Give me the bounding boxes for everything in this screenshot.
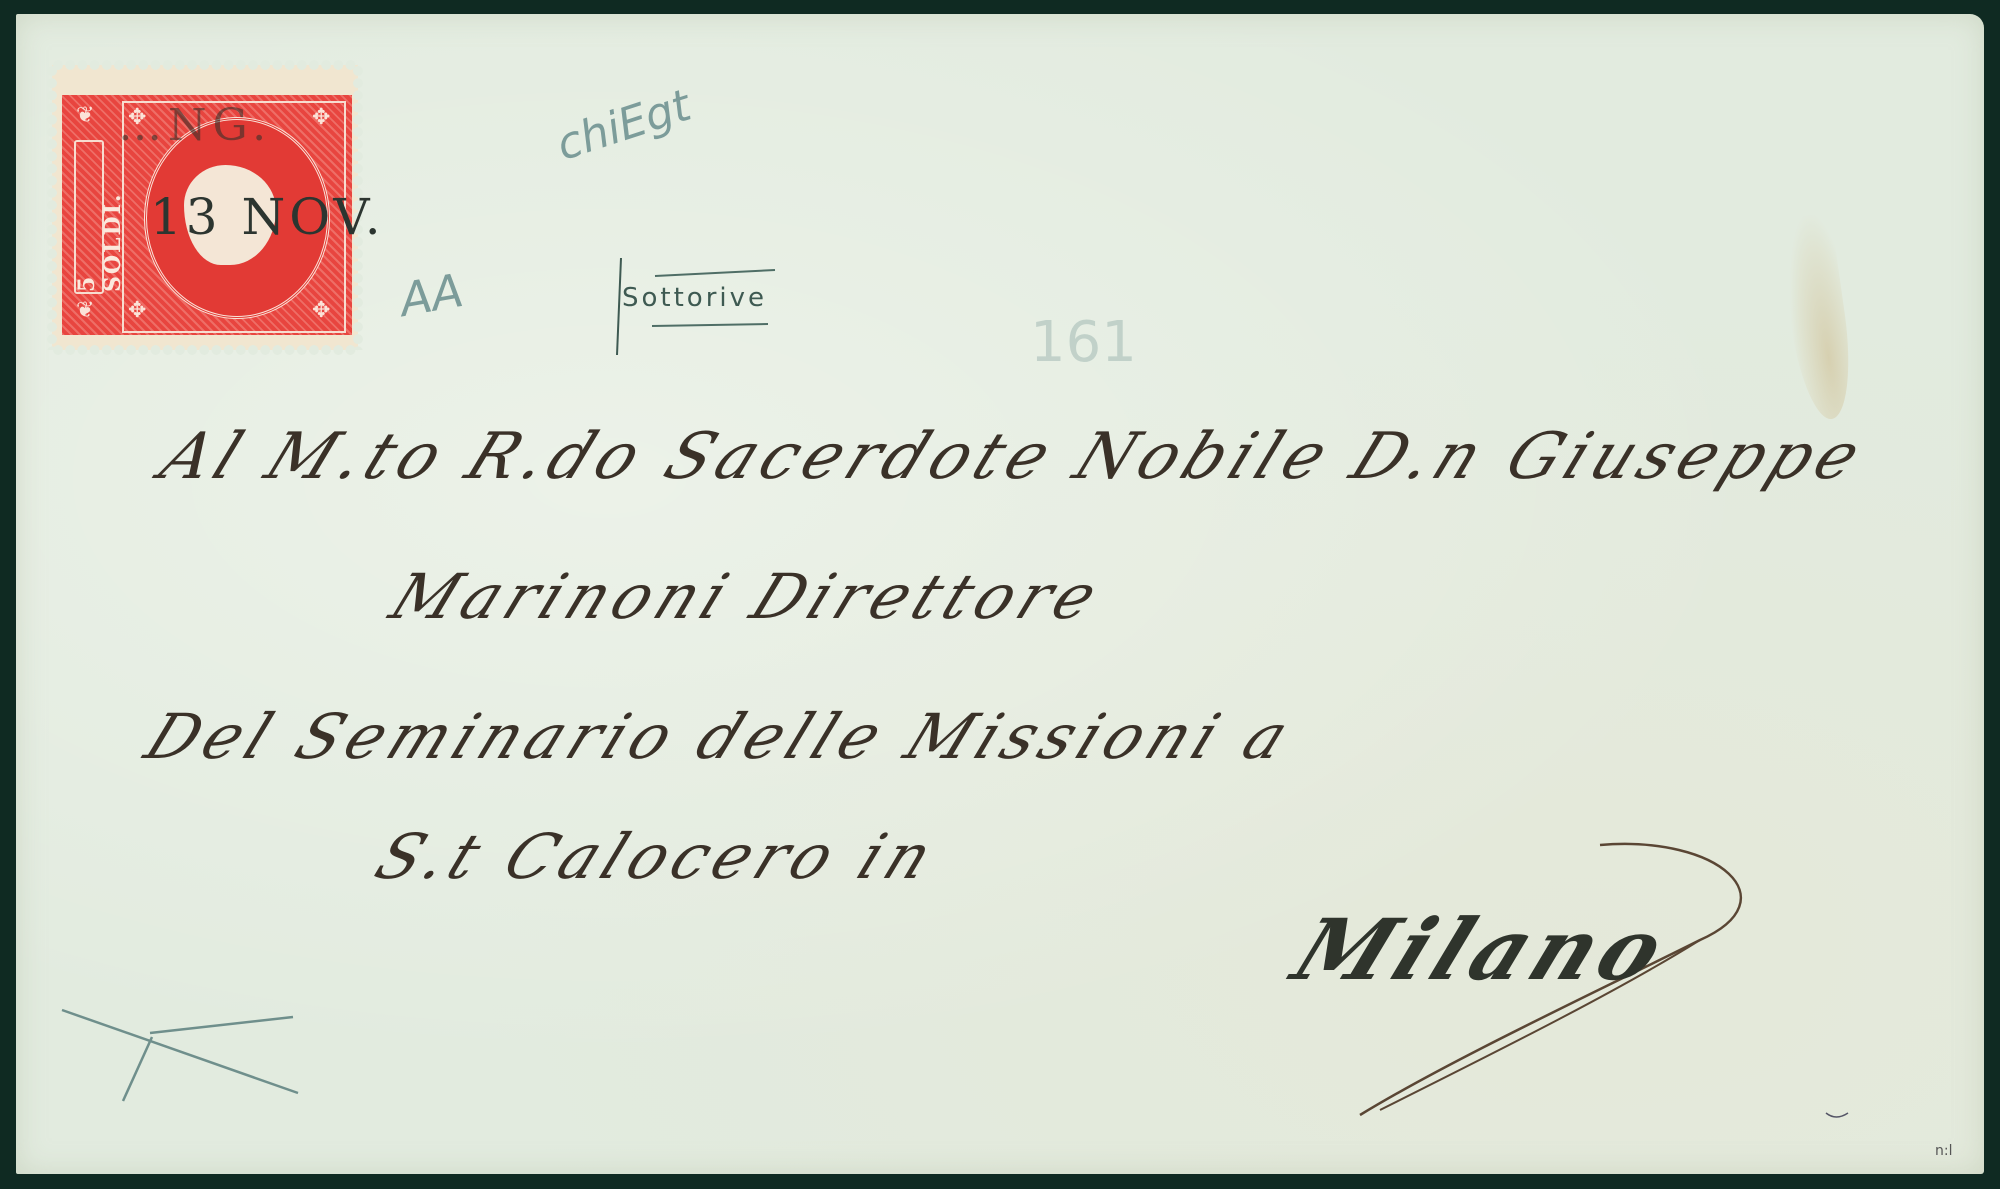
address-line-3: Del Seminario delle Missioni a	[135, 700, 1305, 773]
svg-text:n:l: n:l	[1935, 1143, 1952, 1159]
address-city: Milano	[1280, 900, 1684, 999]
address-line-4: S.t Calocero in	[365, 820, 949, 893]
address-line-2: Marinoni Direttore	[380, 560, 1113, 633]
address-line-1: Al M.to R.do Sacerdote Nobile D.n Giusep…	[150, 420, 1876, 494]
